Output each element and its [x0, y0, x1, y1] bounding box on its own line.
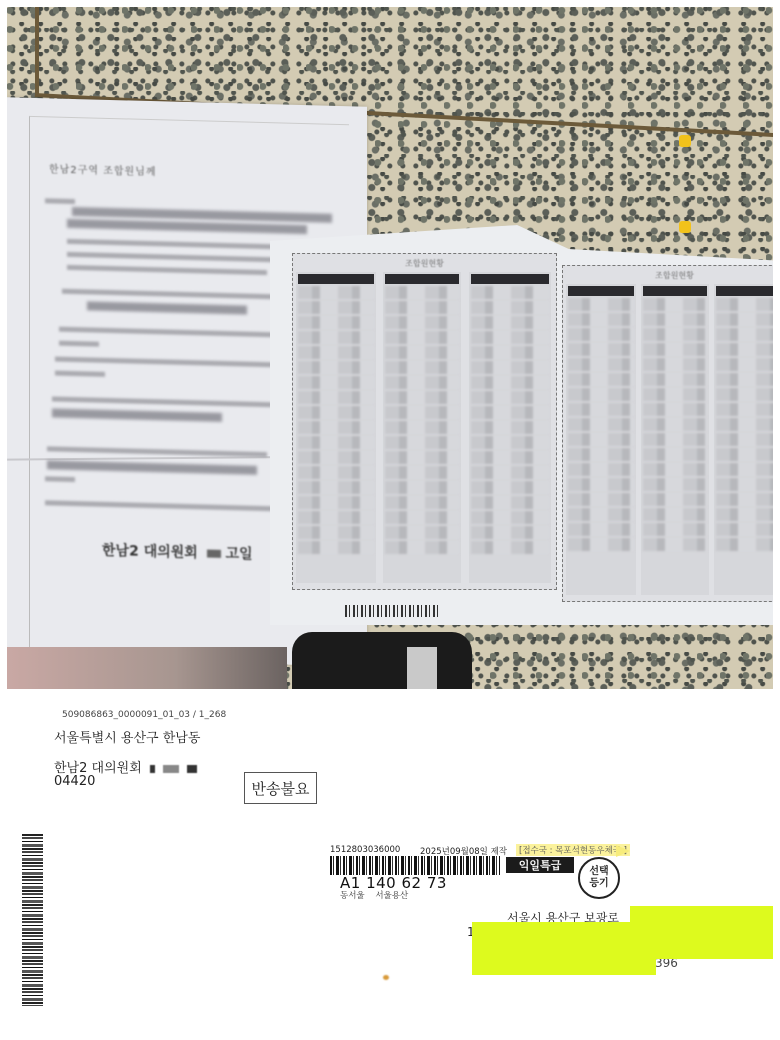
- redaction-mark: [150, 765, 155, 773]
- registration-barcode: [330, 856, 500, 875]
- select-registered-stamp: 선택 등기: [578, 857, 620, 899]
- redaction-highlight: [630, 906, 773, 959]
- redaction-mark: [187, 765, 197, 773]
- sender-address: 서울특별시 용산구 한남동: [54, 727, 200, 746]
- letter-title: 한남2구역 조합원님께: [49, 160, 156, 178]
- floor-marker: [679, 135, 691, 147]
- document-photo: 한남2구역 조합원님께 한남2 대의원회 고일 조합원현황: [7, 7, 773, 689]
- highlight-arrow-icon: [616, 845, 630, 857]
- receiving-office: [접수국 : 목포석현동우체국 ]: [516, 844, 630, 856]
- member-table-left: 조합원현황: [292, 253, 557, 590]
- pink-bag: [7, 647, 287, 689]
- floor-divider-line: [35, 7, 39, 95]
- redaction-highlight: [472, 922, 656, 975]
- express-badge: 익일특급: [506, 857, 574, 873]
- member-table-sheet: 조합원현황 조합원현황: [270, 225, 773, 625]
- ink-speck: [383, 975, 389, 980]
- floor-marker: [679, 221, 691, 233]
- black-bag: [292, 632, 472, 689]
- sender-postal-code: 04420: [54, 774, 95, 789]
- envelope-document-id: 509086863_0000091_01_03 / 1_268: [62, 710, 226, 720]
- bag-strap: [407, 647, 437, 689]
- member-table-right: 조합원현황: [562, 265, 773, 602]
- letter-signature: 한남2 대의원회 고일: [102, 540, 253, 564]
- registration-number: 1512803036000: [330, 845, 400, 855]
- sheet-barcode: [345, 605, 440, 617]
- postal-route: 동서울 서울용산: [340, 889, 408, 901]
- no-return-stamp: 반송불요: [244, 772, 317, 804]
- side-barcode: [22, 834, 43, 1006]
- redaction-mark: [163, 765, 179, 773]
